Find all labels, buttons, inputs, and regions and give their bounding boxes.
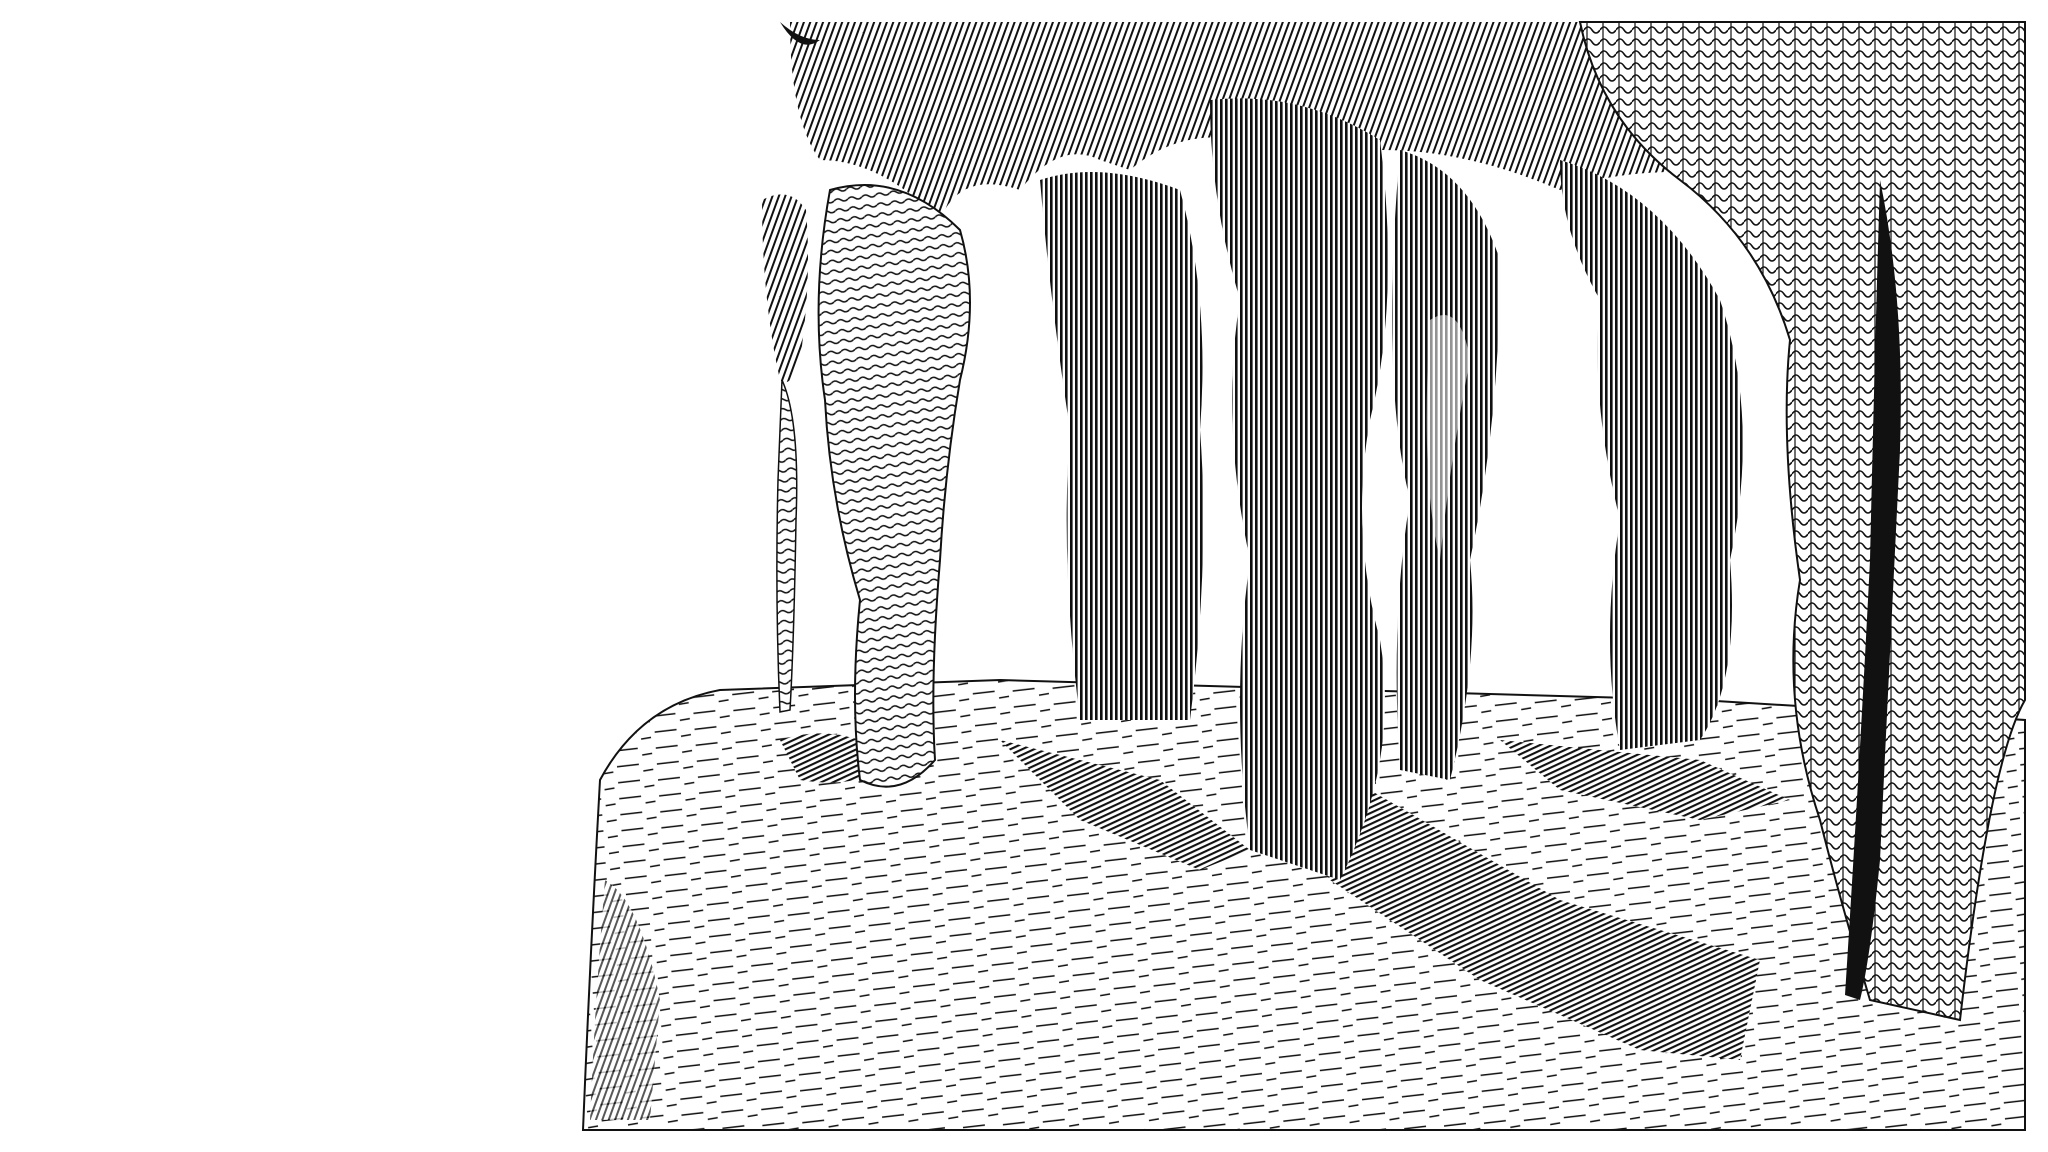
thin-dark-stalactite [762,194,808,712]
cave-line-drawing [0,0,2048,1152]
